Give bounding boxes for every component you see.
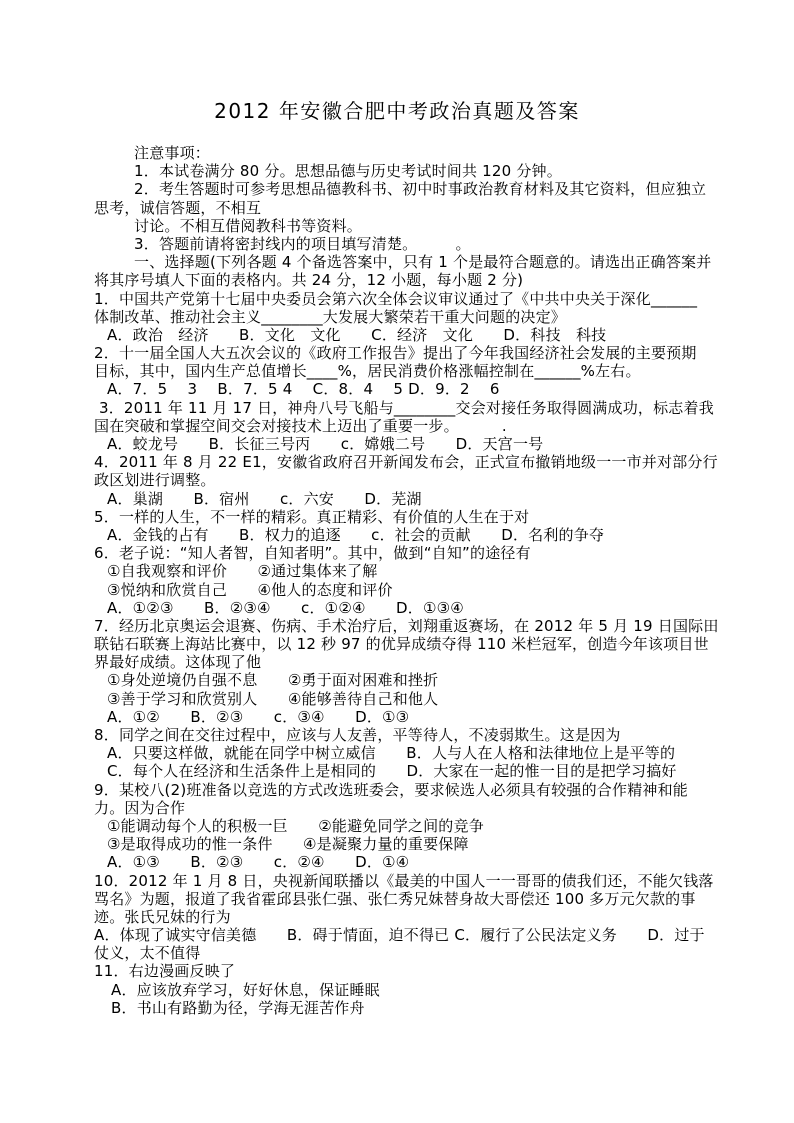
document-line: A．应该放弃学习，好好休息，保证睡眠 xyxy=(94,981,754,999)
document-line: 3．答题前请将密封线内的项目填写清楚。 。 xyxy=(94,235,754,253)
document-line: 5．一样的人生，不一样的精彩。真正精彩、有价值的人生在于对 xyxy=(94,508,754,526)
document-line: ①身处逆境仍自强不息 ②勇于面对困难和挫折 xyxy=(94,671,754,689)
document-line: 一、选择题(下列各题 4 个备选答案中，只有 1 个是最符合题意的。请选出正确答… xyxy=(94,253,754,271)
document-line: 力。因为合作 xyxy=(94,799,754,817)
document-line: 6．老子说：“知人者智，自知者明”。其中，做到“自知”的途径有 xyxy=(94,544,754,562)
document-line: ①能调动每个人的积极一巨 ②能避免同学之间的竞争 xyxy=(94,817,754,835)
document-line: A．政治 经济 B．文化 文化 C．经济 文化 D．科技 科技 xyxy=(94,326,754,344)
document-line: 讨论。不相互借阅教科书等资料。 xyxy=(94,217,754,235)
document-line: A．①② B．②③ c．③④ D．①③ xyxy=(94,708,754,726)
document-line: 9．某校八(2)班准备以竞选的方式改选班委会，要求候选人必须具有较强的合作精神和… xyxy=(94,781,754,799)
document-line: A．只要这样做，就能在同学中树立威信 B．人与人在人格和法律地位上是平等的 xyxy=(94,744,754,762)
document-line: B．书山有路勤为径，学海无涯苦作舟 xyxy=(94,999,754,1017)
document-line: 仗义，太不值得 xyxy=(94,944,754,962)
document-line: A．金钱的占有 B．权力的追逐 c．社会的贡献 D．名利的争夺 xyxy=(94,526,754,544)
document-line: 1．本试卷满分 80 分。思想品德与历史考试时间共 120 分钟。 xyxy=(94,162,754,180)
document-line: A．蛟龙号 B．长征三号丙 c．嫦娥二号 D．天宫一号 xyxy=(94,435,754,453)
document-line: 目标，其中，国内生产总值增长____%，居民消费价格涨幅控制在______%左右… xyxy=(94,362,754,380)
document-page: 2012 年安徽合肥中考政治真题及答案 注意事项：1．本试卷满分 80 分。思想… xyxy=(0,0,794,1123)
document-body: 注意事项：1．本试卷满分 80 分。思想品德与历史考试时间共 120 分钟。2．… xyxy=(94,144,754,1017)
document-line: 4．2011 年 8 月 22 E1，安徽省政府召开新闻发布会，正式宣布撤销地级… xyxy=(94,453,754,471)
document-line: 界最好成绩。这体现了他 xyxy=(94,653,754,671)
document-line: 体制改革、推动社会主义________大发展大繁荣若干重大问题的决定》 xyxy=(94,308,754,326)
document-line: A．体现了诚实守信美德 B．碍于情面，迫不得已 C．履行了公民法定义务 D．过于 xyxy=(94,926,754,944)
document-line: 1．中国共产党第十七届中央委员会第六次全体会议审议通过了《中共中央关于深化___… xyxy=(94,290,754,308)
document-line: 7．经历北京奥运会退赛、伤病、手术治疗后，刘翔重返赛场，在 2012 年 5 月… xyxy=(94,617,754,635)
document-line: 11．右边漫画反映了 xyxy=(94,962,754,980)
document-line: 8．同学之间在交往过程中，应该与人友善，平等待人，不凌弱欺生。这是因为 xyxy=(94,726,754,744)
document-line: 骂名》为题，报道了我省霍邱县张仁强、张仁秀兄妹替身故大哥偿还 100 多万元欠款… xyxy=(94,890,754,908)
document-line: A．①③ B．②③ c．②④ D．①④ xyxy=(94,853,754,871)
document-line: C．每个人在经济和生活条件上是相同的 D．大家在一起的惟一目的是把学习搞好 xyxy=(94,762,754,780)
document-line: 2．考生答题时可参考思想品德教科书、初中时事政治教育材料及其它资料，但应独立 xyxy=(94,180,754,198)
document-line: ③善于学习和欣赏别人 ④能够善待自己和他人 xyxy=(94,690,754,708)
document-line: A．巢湖 B．宿州 c．六安 D．芜湖 xyxy=(94,490,754,508)
document-line: 联钻石联赛上海站比赛中，以 12 秒 97 的优异成绩夺得 110 米栏冠军，创… xyxy=(94,635,754,653)
document-line: ③悦纳和欣赏自己 ④他人的态度和评价 xyxy=(94,581,754,599)
document-line: 思考，诚信答题，不相互 xyxy=(94,199,754,217)
document-line: A．7．5 3 B．7．5 4 C．8．4 5 D．9．2 6 xyxy=(94,380,754,398)
document-line: 迹。张氏兄妹的行为 xyxy=(94,908,754,926)
page-title: 2012 年安徽合肥中考政治真题及答案 xyxy=(0,95,794,124)
document-line: 注意事项： xyxy=(94,144,754,162)
document-line: 3．2011 年 11 月 17 日，神舟八号飞船与________交会对接任务… xyxy=(94,399,754,417)
document-line: 将其序号填人下面的表格内。共 24 分，12 小题，每小题 2 分) xyxy=(94,271,754,289)
document-line: 国在突破和掌握空间交会对接技术上迈出了重要一步。 . xyxy=(94,417,754,435)
document-line: ③是取得成功的惟一条件 ④是凝聚力量的重要保障 xyxy=(94,835,754,853)
document-line: A．①②③ B．②③④ c．①②④ D．①③④ xyxy=(94,599,754,617)
document-line: ①自我观察和评价 ②通过集体来了解 xyxy=(94,562,754,580)
document-line: 2．十一届全国人大五次会议的《政府工作报告》提出了今年我国经济社会发展的主要预期 xyxy=(94,344,754,362)
document-line: 政区划进行调整。 xyxy=(94,471,754,489)
document-line: 10．2012 年 1 月 8 日，央视新闻联播以《最美的中国人一一哥哥的债我们… xyxy=(94,872,754,890)
